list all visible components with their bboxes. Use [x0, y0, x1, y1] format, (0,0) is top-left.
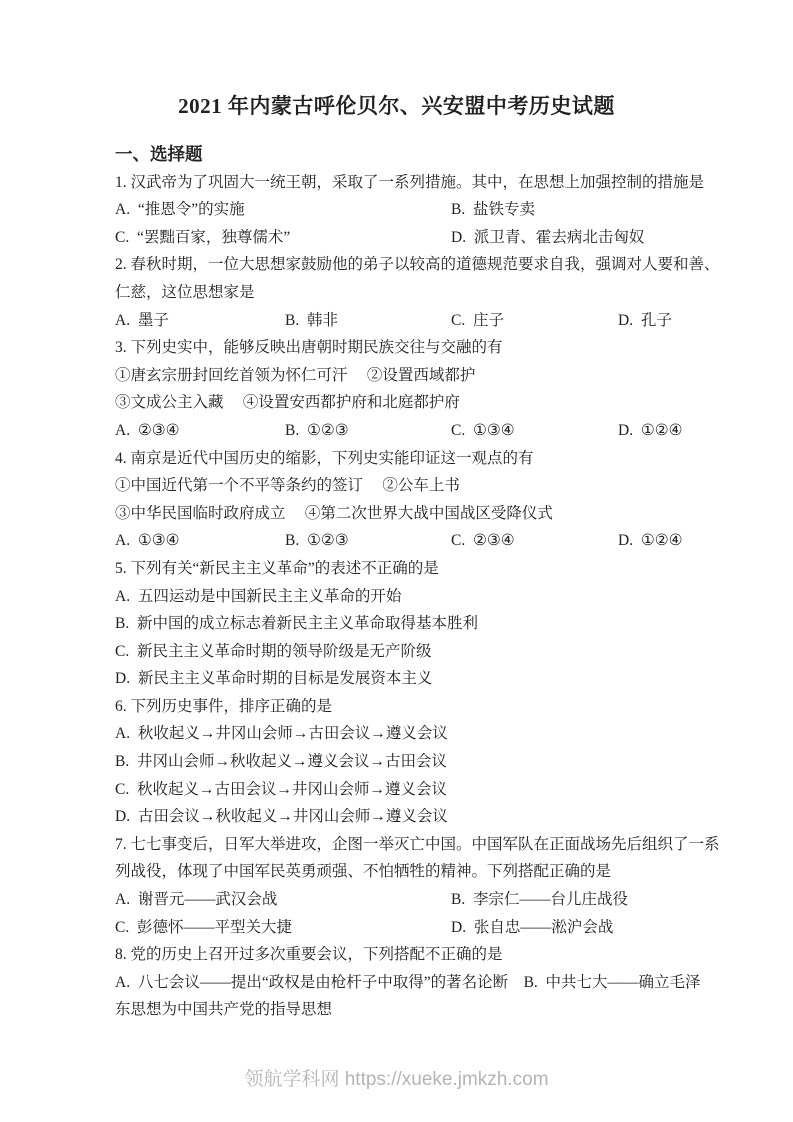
- question-stem: 8. 党的历史上召开过多次重要会议，下列搭配不正确的是: [115, 941, 793, 969]
- option-a: A. 谢晋元——武汉会战: [115, 886, 451, 914]
- option-b: B. 盐铁专卖: [451, 196, 535, 224]
- option-d: D. ①②④: [618, 527, 683, 555]
- option-a: A. “推恩令”的实施: [115, 196, 451, 224]
- question-stem: 2. 春秋时期，一位大思想家鼓励他的弟子以较高的道德规范要求自我，强调对人要和善…: [115, 251, 793, 279]
- option-b: B. 新中国的成立标志着新民主主义革命取得基本胜利: [115, 610, 793, 638]
- question-6: 6. 下列历史事件，排序正确的是 A. 秋收起义→井冈山会师→古田会议→遵义会议…: [115, 693, 793, 831]
- section-heading: 一、选择题: [115, 141, 793, 169]
- option-c: C. 新民主主义革命时期的领导阶级是无产阶级: [115, 638, 793, 666]
- question-4: 4. 南京是近代中国历史的缩影，下列史实能印证这一观点的有 ①中国近代第一个不平…: [115, 445, 793, 555]
- question-stem-continued: 仁慈，这位思想家是: [115, 279, 793, 307]
- watermark: 领航学科网 https://xueke.jmkzh.com: [0, 1066, 793, 1094]
- option-b: B. ①②③: [285, 417, 451, 445]
- option-a: A. ①③④: [115, 527, 285, 555]
- option-a: A. 五四运动是中国新民主主义革命的开始: [115, 583, 793, 611]
- options-row: A. ①③④ B. ①②③ C. ②③④ D. ①②④: [115, 527, 793, 555]
- page-title: 2021 年内蒙古呼伦贝尔、兴安盟中考历史试题: [0, 93, 793, 119]
- question-8: 8. 党的历史上召开过多次重要会议，下列搭配不正确的是 A. 八七会议——提出“…: [115, 941, 793, 1024]
- option-d: D. ①②④: [618, 417, 683, 445]
- options-line-ab: A. 八七会议——提出“政权是由枪杆子中取得”的著名论断 B. 中共七大——确立…: [115, 969, 793, 997]
- option-c: C. 庄子: [451, 307, 618, 335]
- option-c: C. “罢黜百家，独尊儒术”: [115, 224, 451, 252]
- sub-items-line: ③中华民国临时政府成立 ④第二次世界大战中国战区受降仪式: [115, 500, 793, 528]
- option-b: B. 李宗仁——台儿庄战役: [451, 886, 628, 914]
- exam-body: 一、选择题 1. 汉武帝为了巩固大一统王朝，采取了一系列措施。其中，在思想上加强…: [115, 141, 793, 1024]
- option-c: C. 彭德怀——平型关大捷: [115, 914, 451, 942]
- options-row: A. ②③④ B. ①②③ C. ①③④ D. ①②④: [115, 417, 793, 445]
- option-a: A. 秋收起义→井冈山会师→古田会议→遵义会议: [115, 720, 793, 748]
- option-c: C. ②③④: [451, 527, 618, 555]
- question-stem: 6. 下列历史事件，排序正确的是: [115, 693, 793, 721]
- options-row: C. “罢黜百家，独尊儒术” D. 派卫青、霍去病北击匈奴: [115, 224, 793, 252]
- sub-items-line: ①唐玄宗册封回纥首领为怀仁可汗 ②设置西域都护: [115, 362, 793, 390]
- question-stem: 1. 汉武帝为了巩固大一统王朝，采取了一系列措施。其中，在思想上加强控制的措施是: [115, 169, 793, 197]
- option-d: D. 古田会议→秋收起义→井冈山会师→遵义会议: [115, 803, 793, 831]
- option-d: D. 新民主主义革命时期的目标是发展资本主义: [115, 665, 793, 693]
- options-row: C. 彭德怀——平型关大捷 D. 张自忠——淞沪会战: [115, 914, 793, 942]
- question-5: 5. 下列有关“新民主主义革命”的表述不正确的是 A. 五四运动是中国新民主主义…: [115, 555, 793, 693]
- question-stem: 5. 下列有关“新民主主义革命”的表述不正确的是: [115, 555, 793, 583]
- option-d: D. 孔子: [618, 307, 672, 335]
- option-c: C. ①③④: [451, 417, 618, 445]
- question-stem: 4. 南京是近代中国历史的缩影，下列史实能印证这一观点的有: [115, 445, 793, 473]
- option-b: B. ①②③: [285, 527, 451, 555]
- option-c: C. 秋收起义→古田会议→井冈山会师→遵义会议: [115, 776, 793, 804]
- question-2: 2. 春秋时期，一位大思想家鼓励他的弟子以较高的道德规范要求自我，强调对人要和善…: [115, 251, 793, 334]
- question-stem: 7. 七七事变后，日军大举进攻，企图一举灭亡中国。中国军队在正面战场先后组织了一…: [115, 831, 793, 859]
- question-3: 3. 下列史实中，能够反映出唐朝时期民族交往与交融的有 ①唐玄宗册封回纥首领为怀…: [115, 334, 793, 444]
- options-row: A. 墨子 B. 韩非 C. 庄子 D. 孔子: [115, 307, 793, 335]
- exam-page: 2021 年内蒙古呼伦贝尔、兴安盟中考历史试题 一、选择题 1. 汉武帝为了巩固…: [0, 0, 793, 1122]
- option-a: A. 墨子: [115, 307, 285, 335]
- sub-items-line: ③文成公主入藏 ④设置安西都护府和北庭都护府: [115, 389, 793, 417]
- question-stem: 3. 下列史实中，能够反映出唐朝时期民族交往与交融的有: [115, 334, 793, 362]
- question-stem-continued: 列战役，体现了中国军民英勇顽强、不怕牺牲的精神。下列搭配正确的是: [115, 858, 793, 886]
- option-b: B. 韩非: [285, 307, 451, 335]
- question-1: 1. 汉武帝为了巩固大一统王朝，采取了一系列措施。其中，在思想上加强控制的措施是…: [115, 169, 793, 252]
- options-row: A. 谢晋元——武汉会战 B. 李宗仁——台儿庄战役: [115, 886, 793, 914]
- option-b-continued: 东思想为中国共产党的指导思想: [115, 996, 793, 1024]
- option-d: D. 派卫青、霍去病北击匈奴: [451, 224, 644, 252]
- option-d: D. 张自忠——淞沪会战: [451, 914, 613, 942]
- option-a: A. ②③④: [115, 417, 285, 445]
- option-b: B. 井冈山会师→秋收起义→遵义会议→古田会议: [115, 748, 793, 776]
- options-row: A. “推恩令”的实施 B. 盐铁专卖: [115, 196, 793, 224]
- sub-items-line: ①中国近代第一个不平等条约的签订 ②公车上书: [115, 472, 793, 500]
- question-7: 7. 七七事变后，日军大举进攻，企图一举灭亡中国。中国军队在正面战场先后组织了一…: [115, 831, 793, 941]
